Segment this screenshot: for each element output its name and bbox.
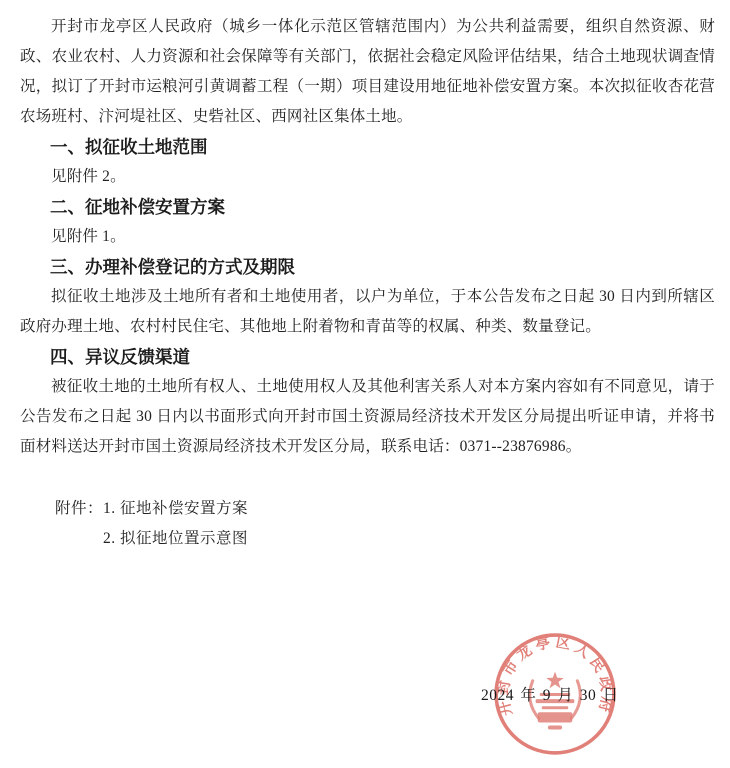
- section-2-body: 见附件 1。: [20, 222, 715, 252]
- attachments-label: 附件：: [55, 500, 103, 517]
- section-4-body: 被征收土地的土地所有权人、土地使用权人及其他利害关系人对本方案内容如有不同意见，…: [20, 372, 715, 462]
- section-4-heading: 四、异议反馈渠道: [20, 342, 715, 372]
- attachment-item-2: 2. 拟征地位置示意图: [103, 530, 248, 547]
- section-2-heading: 二、征地补偿安置方案: [20, 192, 715, 222]
- intro-paragraph: 开封市龙亭区人民政府（城乡一体化示范区管辖范围内）为公共利益需要，组织自然资源、…: [20, 12, 715, 132]
- section-3-heading: 三、办理补偿登记的方式及期限: [20, 252, 715, 282]
- attachment-row: 附件：1. 征地补偿安置方案: [20, 494, 715, 524]
- document-page: 开封市龙亭区人民政府（城乡一体化示范区管辖范围内）为公共利益需要，组织自然资源、…: [0, 0, 730, 768]
- attachments-block: 附件：1. 征地补偿安置方案 2. 拟征地位置示意图: [20, 494, 715, 554]
- document-date: 2024 年 9 月 30 日: [481, 683, 619, 705]
- attachment-item-1: 1. 征地补偿安置方案: [103, 500, 248, 517]
- section-1-body: 见附件 2。: [20, 162, 715, 192]
- section-3-body: 拟征收土地涉及土地所有者和土地使用者，以户为单位，于本公告发布之日起 30 日内…: [20, 282, 715, 342]
- section-1-heading: 一、拟征收土地范围: [20, 132, 715, 162]
- attachment-row: 2. 拟征地位置示意图: [20, 524, 715, 554]
